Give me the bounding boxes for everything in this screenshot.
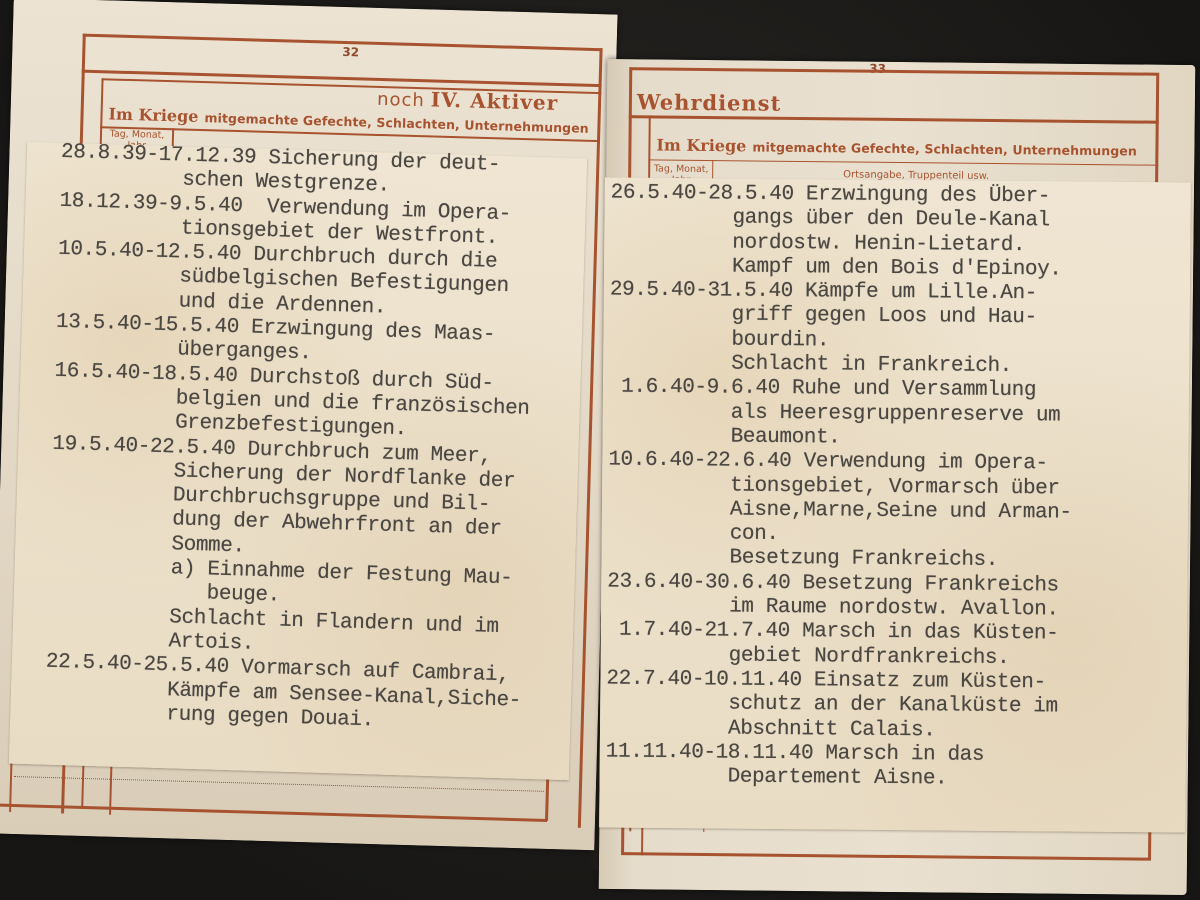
table-title-bold: Im Kriege [108,104,198,126]
typed-entries-left: 28.8.39-17.12.39 Sicherung der deut- sch… [44,141,587,739]
service-entry: 1.7.40-21.7.40 Marsch in das Küsten- geb… [607,619,1187,673]
service-entry: 23.6.40-30.6.40 Besetzung Frankreichs im… [607,570,1187,624]
typed-slip-left: 28.8.39-17.12.39 Sicherung der deut- sch… [9,142,587,780]
service-entry: 1.6.40-9.6.40 Ruhe und Versammlung als H… [608,376,1189,454]
typed-entries-right: 26.5.40-28.5.40 Erzwingung des Über- gan… [606,182,1191,794]
entry-continuation-line: Departement Aisne. [606,765,1186,794]
table-title-rest: mitgemachte Gefechte, Schlachten, Untern… [752,139,1137,158]
service-entry: 29.5.40-31.5.40 Kämpfe um Lille.An- grif… [609,279,1190,381]
service-entry: 22.7.40-10.11.40 Einsatz zum Küsten- sch… [606,667,1187,745]
section-heading-prefix: noch [377,89,425,111]
service-entry: 10.6.40-22.6.40 Verwendung im Opera- tio… [607,449,1188,576]
service-entry: 26.5.40-28.5.40 Erzwingung des Über- gan… [610,182,1191,284]
page-number-left: 32 [342,45,359,59]
service-entry: 22.5.40-25.5.40 Vormarsch auf Cambrai, K… [44,651,572,739]
service-entry: 11.11.40-18.11.40 Marsch in das Departem… [606,740,1186,794]
typed-slip-right: 26.5.40-28.5.40 Erzwingung des Über- gan… [599,177,1191,832]
table-title-bold: Im Kriege [656,135,746,155]
service-entry: 19.5.40-22.5.40 Durchbruch zum Meer, Sic… [46,432,578,666]
section-heading-right: Wehrdienst [637,89,782,116]
